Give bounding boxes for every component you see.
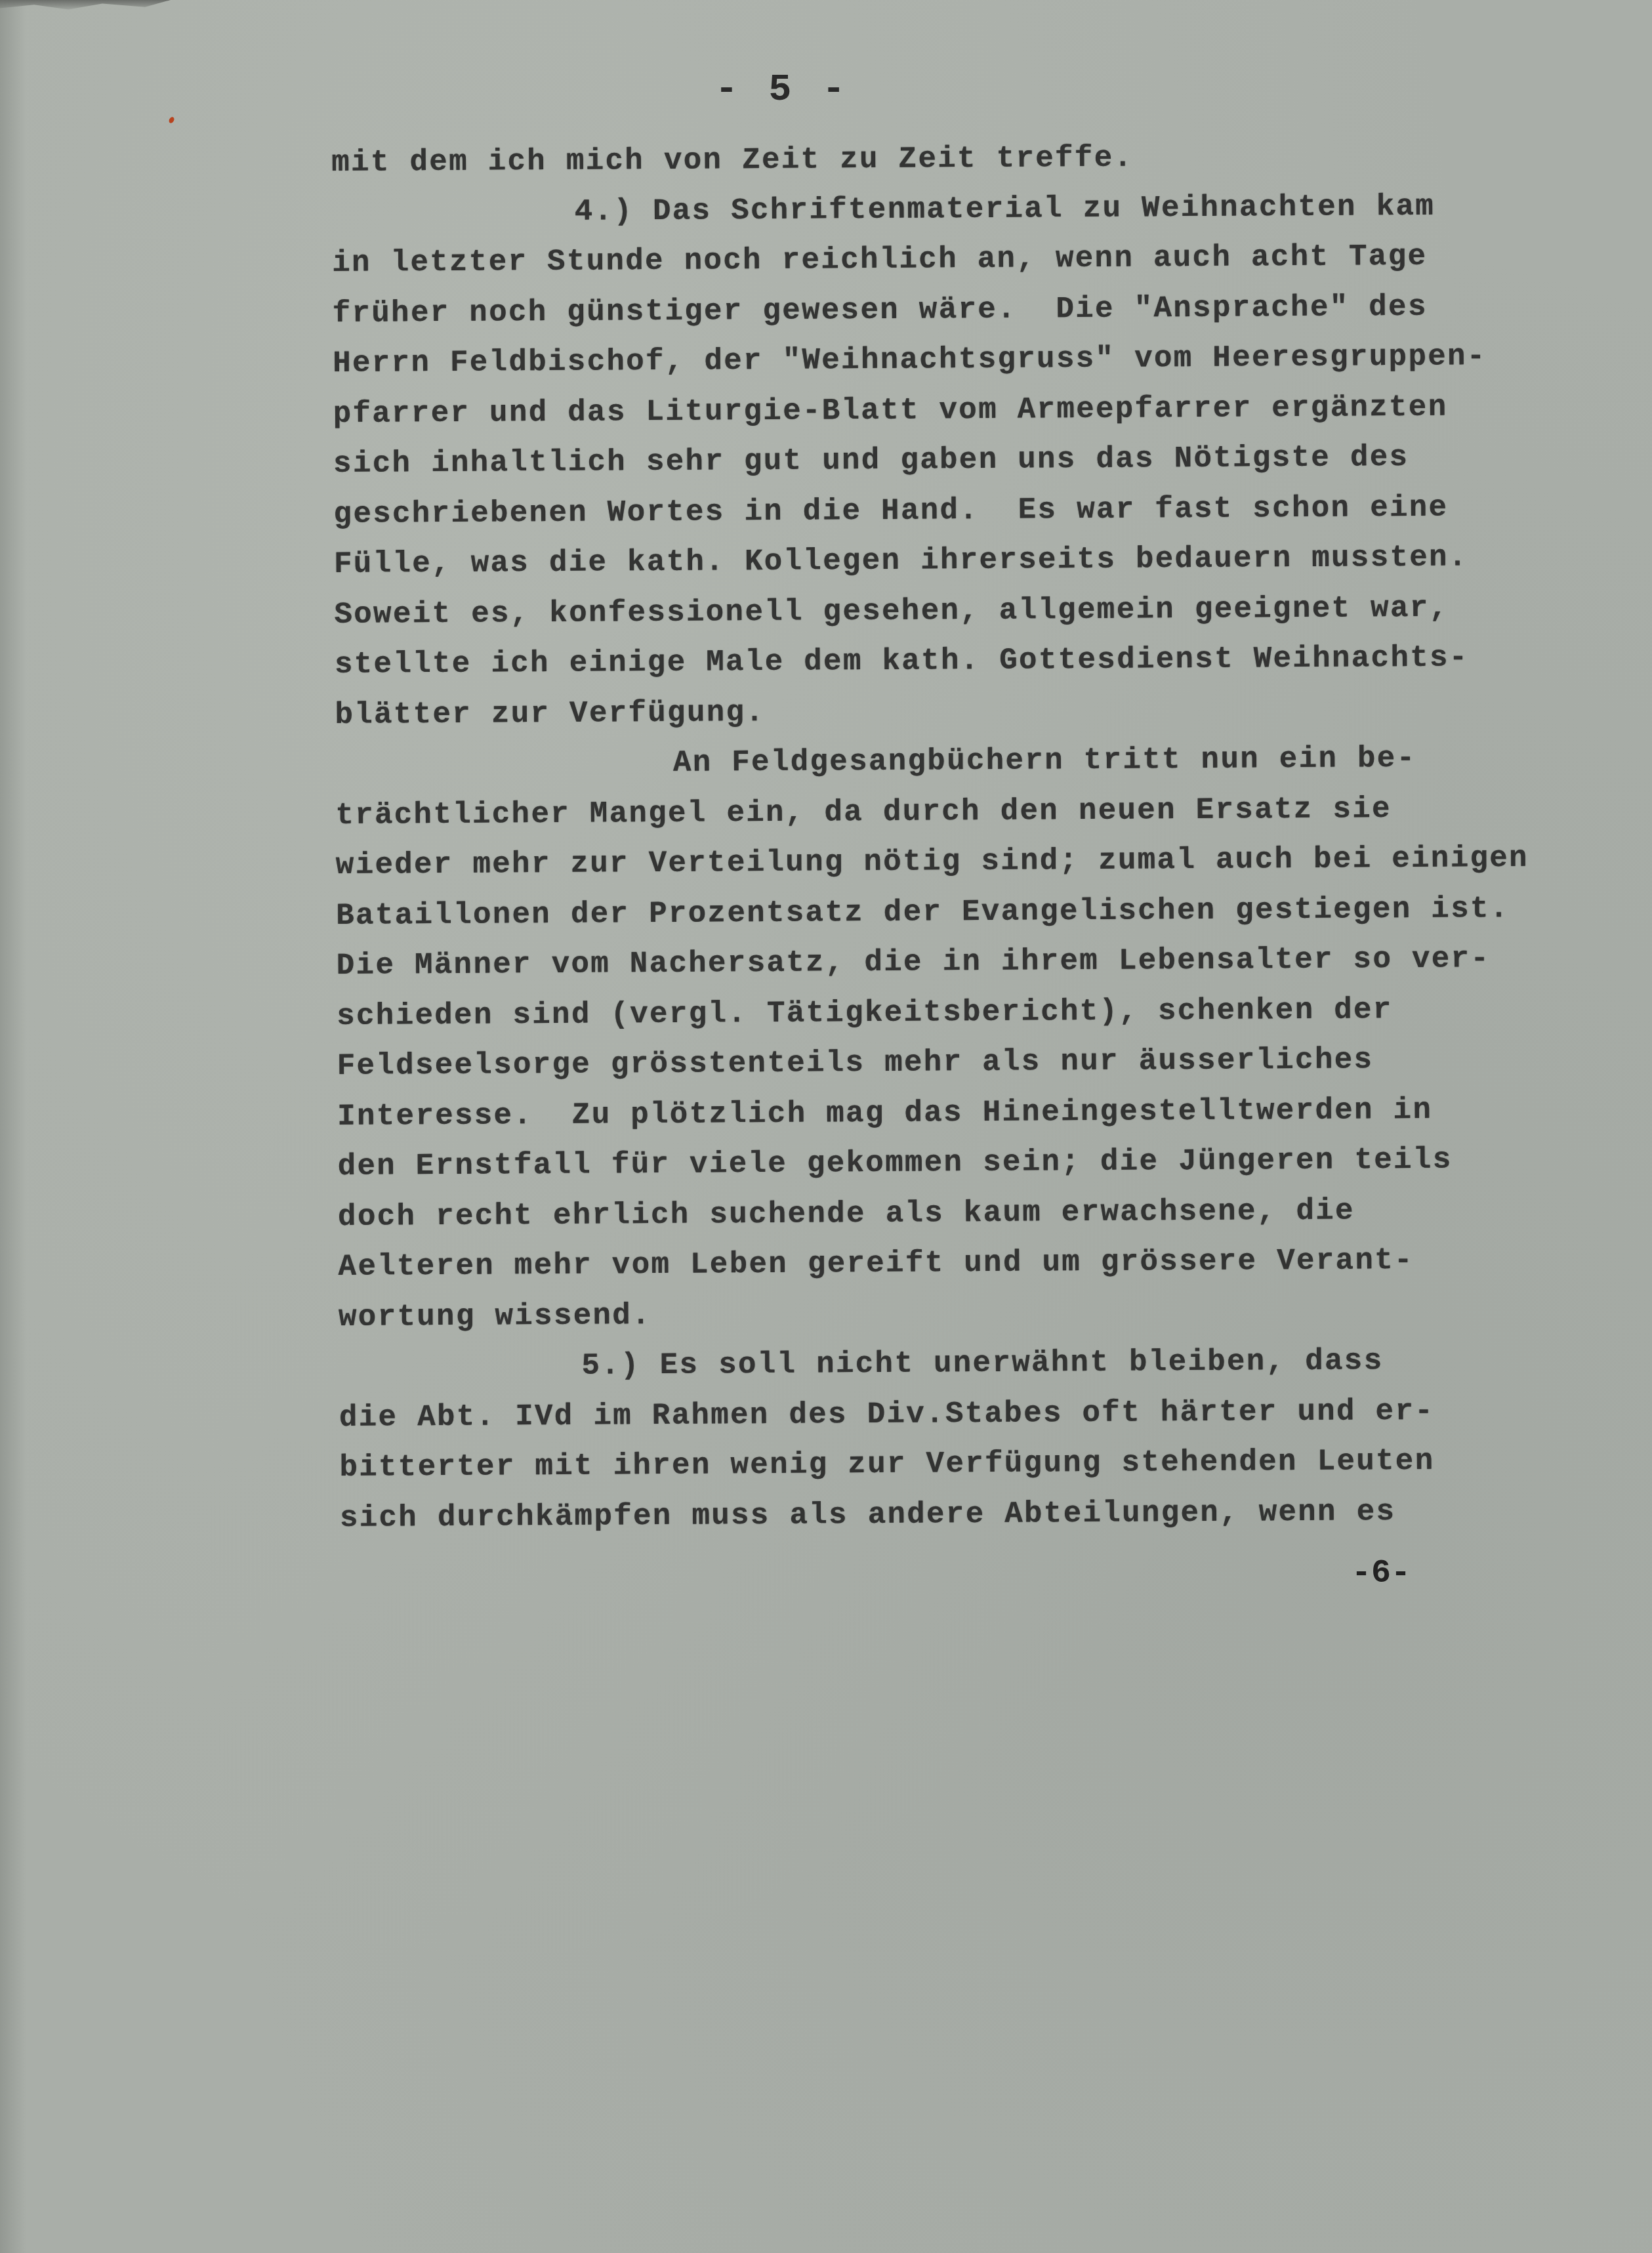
text-line: schieden sind (vergl. Tätigkeitsbericht)…: [337, 983, 1596, 1041]
text-line: trächtlicher Mangel ein, da durch den ne…: [335, 783, 1595, 840]
text-line: Soweit es, konfessionell gesehen, allgem…: [334, 582, 1594, 640]
text-line: Herrn Feldbischof, der "Weihnachtsgruss"…: [333, 331, 1592, 388]
text-line: Aelteren mehr vom Leben gereift und um g…: [338, 1234, 1598, 1292]
text-line: blätter zur Verfügung.: [335, 682, 1594, 740]
text-line: Fülle, was die kath. Kollegen ihrerseits…: [334, 531, 1594, 589]
text-line: 5.) Es soll nicht unerwähnt bleiben, das…: [339, 1334, 1598, 1392]
text-line: früher noch günstiger gewesen wäre. Die …: [332, 281, 1592, 339]
text-line: sich inhaltlich sehr gut und gaben uns d…: [333, 431, 1593, 489]
text-line: stellte ich einige Male dem kath. Gottes…: [335, 632, 1594, 690]
text-line: bitterter mit ihren wenig zur Verfügung …: [339, 1435, 1599, 1493]
page-edge-shadow: [0, 0, 26, 2253]
text-line: die Abt. IVd im Rahmen des Div.Stabes of…: [339, 1385, 1599, 1443]
text-line: den Ernstfall für viele gekommen sein; d…: [337, 1134, 1597, 1191]
text-line: Die Männer vom Nachersatz, die in ihrem …: [336, 933, 1596, 991]
text-line: Bataillonen der Prozentsatz der Evangeli…: [336, 883, 1596, 941]
text-line: wieder mehr zur Verteilung nötig sind; z…: [336, 833, 1596, 890]
ink-speck: [168, 116, 175, 124]
text-line: mit dem ich mich von Zeit zu Zeit treffe…: [331, 130, 1591, 188]
text-line: Interesse. Zu plötzlich mag das Hineinge…: [337, 1084, 1597, 1142]
typed-body-text: mit dem ich mich von Zeit zu Zeit treffe…: [331, 130, 1600, 1543]
page-number: - 5 -: [715, 69, 849, 112]
text-line: geschriebenen Wortes in die Hand. Es war…: [333, 482, 1593, 539]
text-line: 4.) Das Schriftenmaterial zu Weihnachten…: [331, 180, 1591, 238]
text-line: An Feldgesangbüchern tritt nun ein be-: [335, 732, 1595, 790]
text-line: in letzter Stunde noch reichlich an, wen…: [332, 230, 1592, 288]
document-page: - 5 - mit dem ich mich von Zeit zu Zeit …: [0, 0, 1652, 2253]
text-line: sich durchkämpfen muss als andere Abteil…: [340, 1485, 1600, 1543]
text-line: doch recht ehrlich suchende als kaum erw…: [338, 1184, 1598, 1242]
text-line: wortung wissend.: [339, 1285, 1598, 1342]
next-page-marker: -6-: [1352, 1555, 1411, 1592]
text-line: Feldseelsorge grösstenteils mehr als nur…: [337, 1033, 1596, 1091]
text-line: pfarrer und das Liturgie-Blatt vom Armee…: [333, 381, 1592, 439]
